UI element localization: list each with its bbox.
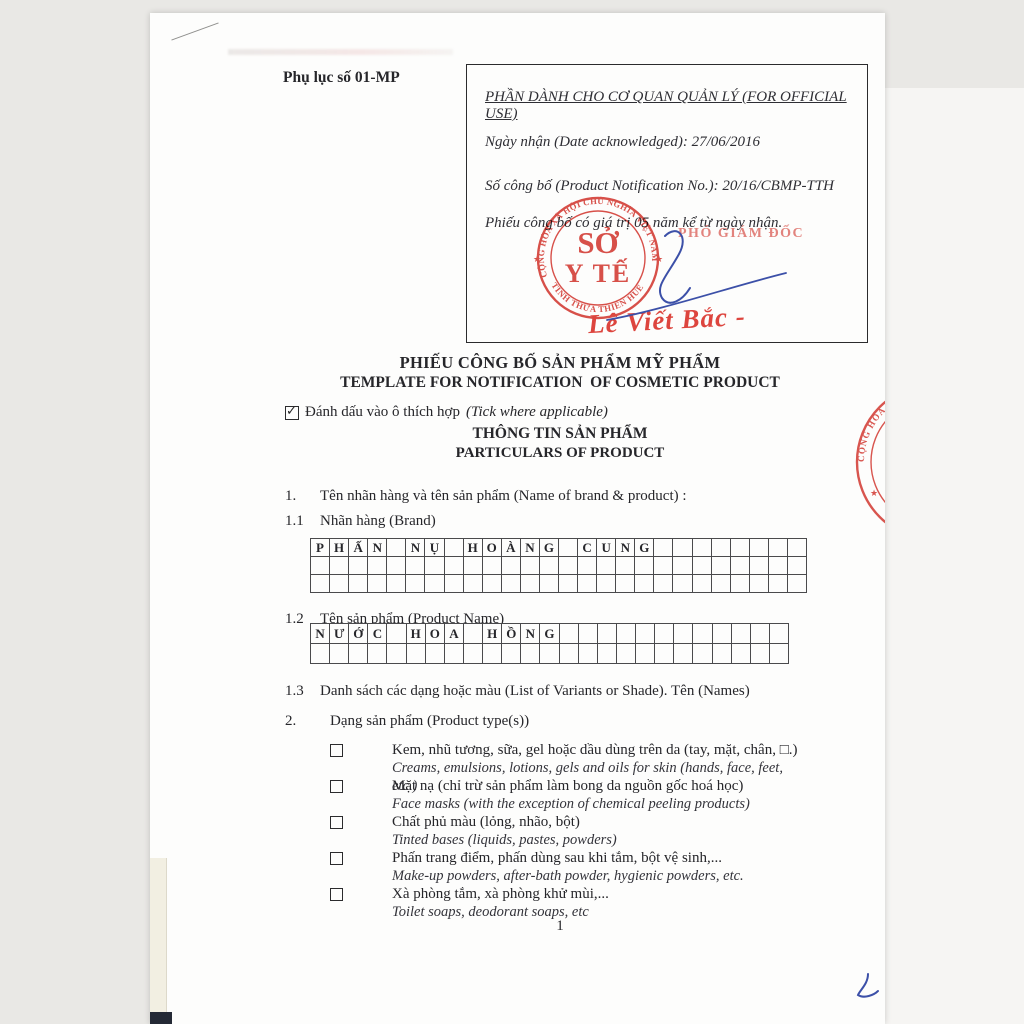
- grid-cell: [788, 575, 807, 593]
- option-label-vn: Mặt nạ (chỉ trừ sản phẩm làm bong da ngu…: [392, 777, 750, 795]
- grid-cell: Ồ: [502, 624, 521, 644]
- grid-cell: [311, 557, 330, 575]
- grid-cell: [502, 644, 521, 664]
- grid-cell: [521, 644, 540, 664]
- grid-cell: [330, 644, 349, 664]
- grid-cell: [387, 557, 406, 575]
- option-label-vn: Chất phủ màu (lỏng, nhão, bột): [392, 813, 617, 831]
- grid-cell: N: [311, 624, 330, 644]
- grid-cell: À: [502, 539, 521, 557]
- option-label-vn: Kem, nhũ tương, sữa, gel hoặc dầu dùng t…: [392, 741, 810, 759]
- product-type-option: Kem, nhũ tương, sữa, gel hoặc dầu dùng t…: [330, 741, 810, 777]
- grid-cell: [673, 539, 692, 557]
- grid-cell: C: [368, 624, 387, 644]
- grid-cell: [617, 644, 636, 664]
- form-title-en: TEMPLATE FOR NOTIFICATION OF COSMETIC PR…: [285, 374, 835, 392]
- grid-cell: [751, 644, 770, 664]
- side-stamp-arc-text: CỘNG HÒA: [856, 405, 885, 462]
- grid-cell: [712, 539, 731, 557]
- grid-cell: [464, 624, 483, 644]
- item-1-1-number: 1.1: [285, 513, 320, 530]
- grid-cell: [445, 557, 464, 575]
- grid-cell: [693, 575, 712, 593]
- grid-cell: [330, 557, 349, 575]
- official-use-heading: PHẦN DÀNH CHO CƠ QUAN QUẢN LÝ (FOR OFFIC…: [485, 89, 857, 123]
- grid-cell: [559, 557, 578, 575]
- grid-cell: H: [464, 539, 483, 557]
- grid-cell: [712, 557, 731, 575]
- grid-cell: [540, 575, 559, 593]
- grid-cell: [464, 575, 483, 593]
- grid-cell: [407, 644, 426, 664]
- grid-cell: [502, 575, 521, 593]
- grid-cell: [425, 575, 444, 593]
- grid-cell: [579, 624, 598, 644]
- grid-cell: [788, 557, 807, 575]
- grid-cell: [654, 575, 673, 593]
- grid-cell: [731, 557, 750, 575]
- product-type-option: Phấn trang điểm, phấn dùng sau khi tắm, …: [330, 849, 810, 885]
- grid-cell: [406, 575, 425, 593]
- grid-cell: [732, 624, 751, 644]
- grid-cell: [635, 575, 654, 593]
- grid-cell: [387, 575, 406, 593]
- scanner-background-right: [885, 88, 1024, 1024]
- grid-cell: [445, 539, 464, 557]
- grid-cell: [750, 539, 769, 557]
- grid-cell: Ớ: [349, 624, 368, 644]
- grid-cell: U: [597, 539, 616, 557]
- grid-cell: Ư: [330, 624, 349, 644]
- checkbox-empty-icon: [330, 816, 343, 829]
- grid-cell: [406, 557, 425, 575]
- tick-instruction-en: (Tick where applicable): [466, 404, 608, 421]
- grid-cell: [770, 624, 789, 644]
- grid-cell: [597, 557, 616, 575]
- grid-cell: [559, 539, 578, 557]
- grid-cell: [560, 644, 579, 664]
- grid-cell: [713, 644, 732, 664]
- grid-cell: O: [426, 624, 445, 644]
- product-type-option: Chất phủ màu (lỏng, nhão, bột) Tinted ba…: [330, 813, 810, 849]
- item-2-row: 2. Dạng sản phẩm (Product type(s)): [285, 713, 529, 730]
- svg-text:CỘNG HÒA: CỘNG HÒA: [856, 405, 885, 462]
- side-stamp-star: ★: [870, 488, 878, 498]
- grid-cell: [674, 624, 693, 644]
- item-1-1-label: Nhãn hàng (Brand): [320, 513, 436, 530]
- grid-cell: [693, 539, 712, 557]
- grid-cell: [617, 624, 636, 644]
- grid-cell: C: [578, 539, 597, 557]
- checkbox-checked-icon: [285, 406, 299, 420]
- grid-cell: [349, 575, 368, 593]
- option-label-en: Make-up powders, after-bath powder, hygi…: [392, 867, 744, 885]
- option-label-vn: Xà phòng tắm, xà phòng khử mùi,...: [392, 885, 609, 903]
- grid-cell: A: [445, 624, 464, 644]
- grid-cell: [712, 575, 731, 593]
- grid-cell: Ấ: [349, 539, 368, 557]
- grid-cell: N: [521, 624, 540, 644]
- grid-cell: [311, 644, 330, 664]
- grid-cell: [636, 624, 655, 644]
- tick-instruction-vn: Đánh dấu vào ô thích hợp: [305, 404, 460, 421]
- grid-cell: [387, 644, 406, 664]
- checkbox-empty-icon: [330, 852, 343, 865]
- grid-cell: H: [407, 624, 426, 644]
- grid-cell: [464, 557, 483, 575]
- grid-cell: [750, 557, 769, 575]
- item-2-label: Dạng sản phẩm (Product type(s)): [330, 713, 529, 730]
- grid-cell: [732, 644, 751, 664]
- grid-cell: [349, 557, 368, 575]
- grid-cell: [616, 575, 635, 593]
- grid-cell: N: [521, 539, 540, 557]
- product-type-option: Xà phòng tắm, xà phòng khử mùi,... Toile…: [330, 885, 810, 921]
- grid-cell: G: [635, 539, 654, 557]
- item-1-3-number: 1.3: [285, 683, 320, 700]
- grid-cell: P: [311, 539, 330, 557]
- item-2-number: 2.: [285, 713, 330, 730]
- form-title-vn: PHIẾU CÔNG BỐ SẢN PHẨM MỸ PHẨM: [285, 353, 835, 373]
- grid-cell: [425, 557, 444, 575]
- grid-cell: [464, 644, 483, 664]
- grid-cell: [311, 575, 330, 593]
- grid-cell: [673, 575, 692, 593]
- grid-cell: [368, 557, 387, 575]
- grid-cell: [426, 644, 445, 664]
- page-edge-dark-block: [150, 1012, 172, 1024]
- grid-cell: G: [540, 624, 559, 644]
- pen-scribble-mark: [852, 970, 882, 1008]
- brand-name-letter-grid: PHẤNNỤHOÀNGCUNG: [310, 538, 807, 593]
- grid-cell: [751, 624, 770, 644]
- grid-cell: [368, 644, 387, 664]
- item-1-row: 1. Tên nhãn hàng và tên sản phẩm (Name o…: [285, 488, 687, 505]
- grid-cell: [731, 575, 750, 593]
- option-label-vn: Phấn trang điểm, phấn dùng sau khi tắm, …: [392, 849, 744, 867]
- page-edge-strip: [150, 858, 167, 1024]
- item-1-label: Tên nhãn hàng và tên sản phẩm (Name of b…: [320, 488, 687, 505]
- checkbox-empty-icon: [330, 780, 343, 793]
- grid-cell: [559, 575, 578, 593]
- product-name-letter-grid: NƯỚCHOAHỒNG: [310, 623, 789, 664]
- grid-cell: [483, 575, 502, 593]
- scan-smudge: [228, 49, 453, 55]
- product-type-checklist: Kem, nhũ tương, sữa, gel hoặc dầu dùng t…: [330, 741, 810, 921]
- appendix-label: Phụ lục số 01-MP: [283, 69, 400, 87]
- grid-cell: [483, 644, 502, 664]
- scanned-document-screen: Phụ lục số 01-MP PHẦN DÀNH CHO CƠ QUAN Q…: [0, 0, 1024, 1024]
- section-heading-en: PARTICULARS OF PRODUCT: [285, 445, 835, 462]
- item-1-3-label: Danh sách các dạng hoặc màu (List of Var…: [320, 683, 750, 700]
- stamp-star-left: ★: [533, 254, 541, 264]
- option-label-en: Face masks (with the exception of chemic…: [392, 795, 750, 813]
- document-page: Phụ lục số 01-MP PHẦN DÀNH CHO CƠ QUAN Q…: [150, 13, 885, 1024]
- grid-cell: [597, 575, 616, 593]
- grid-cell: [693, 557, 712, 575]
- product-type-option: Mặt nạ (chỉ trừ sản phẩm làm bong da ngu…: [330, 777, 810, 813]
- grid-cell: [635, 557, 654, 575]
- grid-cell: [330, 575, 349, 593]
- grid-cell: [654, 539, 673, 557]
- grid-cell: [578, 557, 597, 575]
- grid-cell: [654, 557, 673, 575]
- grid-cell: [598, 624, 617, 644]
- grid-cell: [578, 575, 597, 593]
- grid-cell: [616, 557, 635, 575]
- grid-cell: [579, 644, 598, 664]
- grid-cell: [483, 557, 502, 575]
- grid-cell: [540, 557, 559, 575]
- grid-cell: N: [406, 539, 425, 557]
- grid-cell: [655, 624, 674, 644]
- grid-cell: [769, 575, 788, 593]
- grid-cell: [560, 624, 579, 644]
- grid-cell: [769, 557, 788, 575]
- grid-cell: N: [368, 539, 387, 557]
- grid-cell: [673, 557, 692, 575]
- grid-cell: [349, 644, 368, 664]
- checkbox-empty-icon: [330, 888, 343, 901]
- grid-cell: [674, 644, 693, 664]
- grid-cell: N: [616, 539, 635, 557]
- item-1-1-row: 1.1 Nhãn hàng (Brand): [285, 513, 436, 530]
- grid-cell: [770, 644, 789, 664]
- grid-cell: H: [483, 624, 502, 644]
- grid-cell: [445, 575, 464, 593]
- grid-cell: [368, 575, 387, 593]
- item-1-number: 1.: [285, 488, 320, 505]
- grid-cell: [769, 539, 788, 557]
- signature-ink: [605, 218, 790, 333]
- grid-cell: [750, 575, 769, 593]
- grid-cell: [598, 644, 617, 664]
- grid-cell: [540, 644, 559, 664]
- option-label-en: Tinted bases (liquids, pastes, powders): [392, 831, 617, 849]
- grid-cell: [713, 624, 732, 644]
- grid-cell: [521, 557, 540, 575]
- page-number: 1: [285, 918, 835, 935]
- item-1-3-row: 1.3 Danh sách các dạng hoặc màu (List of…: [285, 683, 750, 700]
- grid-cell: [693, 644, 712, 664]
- grid-cell: [693, 624, 712, 644]
- grid-cell: O: [483, 539, 502, 557]
- grid-cell: [788, 539, 807, 557]
- section-heading-vn: THÔNG TIN SẢN PHẨM: [285, 425, 835, 443]
- grid-cell: [387, 624, 406, 644]
- grid-cell: [445, 644, 464, 664]
- date-acknowledged-line: Ngày nhận (Date acknowledged): 27/06/201…: [485, 134, 857, 151]
- grid-cell: [521, 575, 540, 593]
- partial-edge-stamp: CỘNG HÒA ★: [845, 372, 885, 552]
- grid-cell: [731, 539, 750, 557]
- grid-cell: [636, 644, 655, 664]
- grid-cell: H: [330, 539, 349, 557]
- pencil-mark: [171, 22, 218, 40]
- grid-cell: [655, 644, 674, 664]
- grid-cell: Ụ: [425, 539, 444, 557]
- grid-cell: [387, 539, 406, 557]
- grid-cell: [502, 557, 521, 575]
- tick-instruction-line: Đánh dấu vào ô thích hợp (Tick where app…: [285, 404, 608, 421]
- grid-cell: G: [540, 539, 559, 557]
- checkbox-empty-icon: [330, 744, 343, 757]
